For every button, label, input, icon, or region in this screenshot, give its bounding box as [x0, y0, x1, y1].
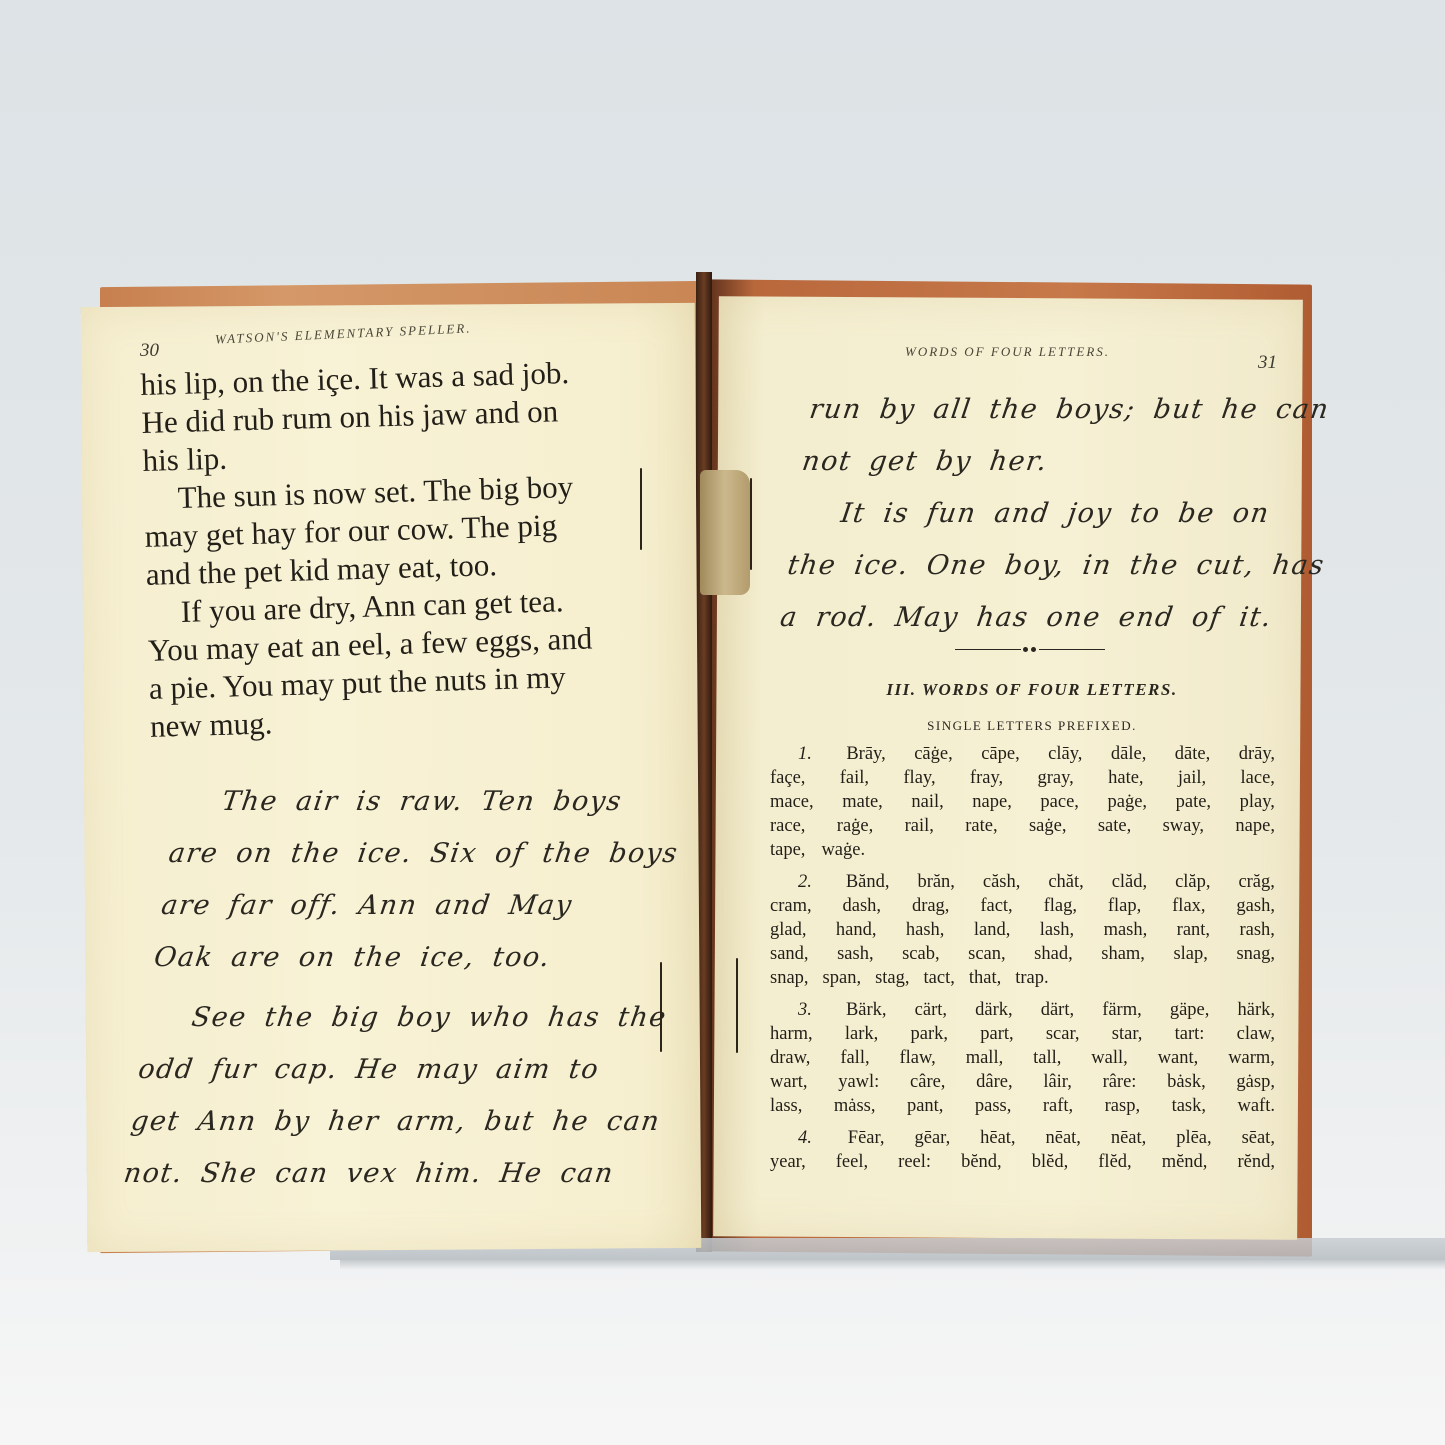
- word-group-4: 4. Fēar, gēar, hēat, nēat, nēat, plēa, s…: [770, 1126, 1275, 1174]
- word: pace,: [1040, 790, 1079, 814]
- word: scan,: [968, 942, 1006, 966]
- word-row: cram, dash, drag, fact, flag, flap, flax…: [770, 894, 1275, 918]
- word: that,: [969, 966, 1001, 990]
- script-line: Oak are on the ice, too.: [151, 932, 687, 984]
- script-line: are on the ice. Six of the boys: [165, 828, 701, 880]
- right-script-text: run by all the boys; but he can not get …: [777, 384, 1350, 644]
- word-row: façe, fail, flay, fray, gray, hate, jail…: [770, 766, 1275, 790]
- left-roman-text: his lip, on the içe. It was a sad job. H…: [140, 354, 595, 746]
- word: wall,: [1091, 1046, 1127, 1070]
- word: dâre,: [976, 1070, 1012, 1094]
- script-line: not. She can vex him. He can: [120, 1148, 656, 1200]
- word: tape,: [770, 838, 805, 862]
- word: mĕnd,: [1162, 1150, 1208, 1174]
- word: hēat,: [980, 1126, 1015, 1150]
- word: chăt,: [1048, 870, 1083, 894]
- script-line: a rod. May has one end of it.: [777, 592, 1321, 644]
- word-row: mace, mate, nail, nape, pace, paġe, pate…: [770, 790, 1275, 814]
- word: span,: [823, 966, 862, 990]
- word: mȧss,: [834, 1094, 876, 1118]
- word: blĕd,: [1032, 1150, 1068, 1174]
- word: pate,: [1176, 790, 1211, 814]
- word: sash,: [837, 942, 874, 966]
- word: nēat,: [1111, 1126, 1146, 1150]
- group-number: 3.: [798, 998, 812, 1022]
- word-row: sand, sash, scab, scan, shad, sham, slap…: [770, 942, 1275, 966]
- script-line: The air is raw. Ten boys: [172, 776, 708, 828]
- word: raft,: [1043, 1094, 1073, 1118]
- word: rash,: [1239, 918, 1274, 942]
- script-line: get Ann by her arm, but he can: [128, 1096, 664, 1148]
- word: mate,: [842, 790, 883, 814]
- binding-stitch: [736, 958, 738, 1053]
- torn-page-fragment: [700, 470, 750, 595]
- word: Fēar,: [848, 1126, 885, 1150]
- word: nēat,: [1045, 1126, 1080, 1150]
- word: play,: [1240, 790, 1275, 814]
- word: tact,: [924, 966, 955, 990]
- word: sēat,: [1242, 1126, 1275, 1150]
- word: cram,: [770, 894, 812, 918]
- word: flaw,: [900, 1046, 936, 1070]
- word: fail,: [840, 766, 869, 790]
- word-list: 1. Brāy, cāġe, cāpe, clāy, dāle, dāte, d…: [770, 742, 1275, 1182]
- script-line: It is fun and joy to be on: [791, 488, 1335, 540]
- word: mace,: [770, 790, 814, 814]
- word: stag,: [875, 966, 909, 990]
- word-row: 2. Bănd, brăn, căsh, chăt, clăd, clăp, c…: [770, 870, 1275, 894]
- word: glad,: [770, 918, 806, 942]
- word: trap.: [1015, 966, 1048, 990]
- word: lass,: [770, 1094, 802, 1118]
- binding-stitch: [750, 478, 752, 570]
- word: pass,: [975, 1094, 1012, 1118]
- word: pant,: [907, 1094, 943, 1118]
- word: crăg,: [1238, 870, 1274, 894]
- word: fact,: [980, 894, 1012, 918]
- word: rate,: [965, 814, 997, 838]
- word: clăp,: [1175, 870, 1210, 894]
- word: draw,: [770, 1046, 810, 1070]
- word: färm,: [1102, 998, 1142, 1022]
- word-row: tape, waġe.: [770, 838, 1275, 862]
- word-row: race, raġe, rail, rate, saġe, sate, sway…: [770, 814, 1275, 838]
- word: dash,: [843, 894, 882, 918]
- word: Brāy,: [846, 742, 885, 766]
- word: sway,: [1163, 814, 1204, 838]
- word: härk,: [1238, 998, 1276, 1022]
- word: lash,: [1040, 918, 1074, 942]
- word: tall,: [1033, 1046, 1061, 1070]
- word-group-2: 2. Bănd, brăn, căsh, chăt, clăd, clăp, c…: [770, 870, 1275, 990]
- word-row: 1. Brāy, cāġe, cāpe, clāy, dāle, dāte, d…: [770, 742, 1275, 766]
- script-line: See the big boy who has the: [142, 992, 678, 1044]
- script-line: not get by her.: [799, 436, 1343, 488]
- word: rĕnd,: [1237, 1150, 1275, 1174]
- word: rasp,: [1105, 1094, 1140, 1118]
- binding-stitch: [640, 468, 642, 550]
- word: rail,: [905, 814, 934, 838]
- word: Bärk,: [846, 998, 887, 1022]
- word: râre:: [1103, 1070, 1137, 1094]
- word-row: glad, hand, hash, land, lash, mash, rant…: [770, 918, 1275, 942]
- word: brăn,: [917, 870, 955, 894]
- word: cāpe,: [981, 742, 1020, 766]
- word: därt,: [1041, 998, 1074, 1022]
- word: reel:: [898, 1150, 931, 1174]
- word: lark,: [845, 1022, 878, 1046]
- word: star,: [1112, 1022, 1143, 1046]
- script-line: are far off. Ann and May: [158, 880, 694, 932]
- word: snap,: [770, 966, 809, 990]
- word: bȧsk,: [1167, 1070, 1206, 1094]
- word-row: 4. Fēar, gēar, hēat, nēat, nēat, plēa, s…: [770, 1126, 1275, 1150]
- word-row: harm, lark, park, part, scar, star, tart…: [770, 1022, 1275, 1046]
- word: sand,: [770, 942, 809, 966]
- left-page-number: 30: [140, 340, 159, 362]
- word: gray,: [1037, 766, 1073, 790]
- word: clăd,: [1112, 870, 1147, 894]
- word: flag,: [1044, 894, 1077, 918]
- word: raġe,: [837, 814, 873, 838]
- word: drag,: [912, 894, 950, 918]
- word-row: year, feel, reel: bĕnd, blĕd, flĕd, mĕnd…: [770, 1150, 1275, 1174]
- word: fall,: [840, 1046, 869, 1070]
- word-group-1: 1. Brāy, cāġe, cāpe, clāy, dāle, dāte, d…: [770, 742, 1275, 862]
- word: feel,: [836, 1150, 868, 1174]
- word: hate,: [1108, 766, 1143, 790]
- word: slap,: [1173, 942, 1207, 966]
- word: cärt,: [915, 998, 947, 1022]
- word: mash,: [1104, 918, 1148, 942]
- word: nail,: [911, 790, 943, 814]
- word: want,: [1158, 1046, 1199, 1070]
- word: year,: [770, 1150, 806, 1174]
- word: nape,: [1235, 814, 1275, 838]
- word-row: lass, mȧss, pant, pass, raft, rasp, task…: [770, 1094, 1275, 1118]
- binding-stitch: [660, 962, 662, 1052]
- word: harm,: [770, 1022, 813, 1046]
- left-script-text: The air is raw. Ten boys are on the ice.…: [120, 776, 709, 1200]
- word: clāy,: [1048, 742, 1082, 766]
- word: waġe.: [821, 838, 865, 862]
- word: wart,: [770, 1070, 808, 1094]
- word: därk,: [975, 998, 1013, 1022]
- word: Bănd,: [846, 870, 890, 894]
- word-row: 3. Bärk, cärt, därk, därt, färm, gäpe, h…: [770, 998, 1275, 1022]
- word: cāġe,: [914, 742, 953, 766]
- word: gash,: [1236, 894, 1275, 918]
- group-number: 2.: [798, 870, 812, 894]
- right-page-number: 31: [1258, 352, 1277, 374]
- word: task,: [1172, 1094, 1206, 1118]
- photo-scene: 30 WATSON'S ELEMENTARY SPELLER. his lip,…: [0, 0, 1445, 1445]
- word: part,: [980, 1022, 1013, 1046]
- word: paġe,: [1108, 790, 1148, 814]
- word: dāle,: [1111, 742, 1146, 766]
- word: sate,: [1098, 814, 1131, 838]
- word: drāy,: [1239, 742, 1275, 766]
- word: park,: [911, 1022, 949, 1046]
- word: saġe,: [1029, 814, 1067, 838]
- section-subtitle: SINGLE LETTERS PREFIXED.: [892, 718, 1172, 734]
- word: land,: [974, 918, 1010, 942]
- word: jail,: [1178, 766, 1206, 790]
- word: flĕd,: [1098, 1150, 1131, 1174]
- word: nape,: [972, 790, 1012, 814]
- word: hand,: [836, 918, 877, 942]
- right-running-head: WORDS OF FOUR LETTERS.: [905, 344, 1110, 360]
- word: flay,: [903, 766, 935, 790]
- word: căsh,: [983, 870, 1021, 894]
- word-row: draw, fall, flaw, mall, tall, wall, want…: [770, 1046, 1275, 1070]
- word: tart:: [1175, 1022, 1205, 1046]
- group-number: 4.: [798, 1126, 812, 1150]
- group-number: 1.: [798, 742, 812, 766]
- word: dāte,: [1175, 742, 1210, 766]
- word: fray,: [970, 766, 1003, 790]
- word: mall,: [966, 1046, 1004, 1070]
- section-divider-ornament: [955, 647, 1105, 653]
- word-group-3: 3. Bärk, cärt, därk, därt, färm, gäpe, h…: [770, 998, 1275, 1118]
- script-line: run by all the boys; but he can: [806, 384, 1350, 436]
- word: lace,: [1241, 766, 1275, 790]
- word: shad,: [1034, 942, 1073, 966]
- word: scar,: [1046, 1022, 1080, 1046]
- word: bĕnd,: [961, 1150, 1002, 1174]
- word: rant,: [1177, 918, 1210, 942]
- word: hash,: [906, 918, 945, 942]
- word: warm,: [1228, 1046, 1275, 1070]
- word: scab,: [902, 942, 940, 966]
- word: yawl:: [838, 1070, 879, 1094]
- script-line: odd fur cap. He may aim to: [135, 1044, 671, 1096]
- word: sham,: [1101, 942, 1145, 966]
- word: flap,: [1108, 894, 1141, 918]
- word: façe,: [770, 766, 805, 790]
- word-row: wart, yawl: câre, dâre, lâir, râre: bȧsk…: [770, 1070, 1275, 1094]
- word-row: snap, span, stag, tact, that, trap.: [770, 966, 1275, 990]
- word: claw,: [1237, 1022, 1275, 1046]
- word: snag,: [1236, 942, 1275, 966]
- word: flax,: [1172, 894, 1205, 918]
- word: gäpe,: [1170, 998, 1210, 1022]
- script-line: the ice. One boy, in the cut, has: [784, 540, 1328, 592]
- word: waft.: [1237, 1094, 1275, 1118]
- word: câre,: [910, 1070, 945, 1094]
- stand-shadow: [340, 1260, 1445, 1270]
- word: plēa,: [1176, 1126, 1211, 1150]
- word: gēar,: [914, 1126, 950, 1150]
- word: gȧsp,: [1236, 1070, 1275, 1094]
- section-title: III. WORDS OF FOUR LETTERS.: [852, 680, 1212, 700]
- word: lâir,: [1043, 1070, 1072, 1094]
- word: race,: [770, 814, 805, 838]
